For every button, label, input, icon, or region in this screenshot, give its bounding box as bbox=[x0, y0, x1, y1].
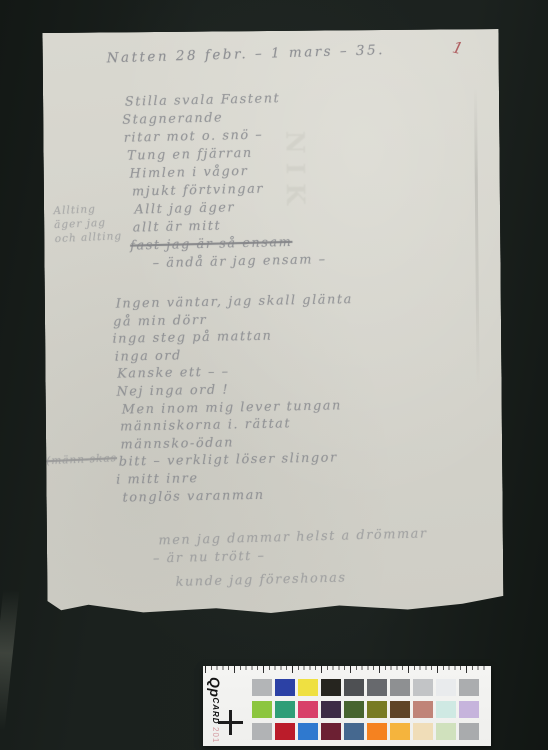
poem-stanza-3: men jag dammar helst a drömmar– är nu tr… bbox=[158, 525, 429, 592]
poem-stanza-2: Ingen väntar, jag skall gläntagå min dör… bbox=[116, 291, 357, 507]
date-heading: Natten 28 febr. – 1 mars – 35. bbox=[106, 42, 385, 66]
manuscript-page: NIK Natten 28 febr. – 1 mars – 35. 1 Sti… bbox=[42, 29, 503, 615]
color-patch bbox=[367, 701, 387, 718]
color-patch bbox=[275, 723, 295, 740]
color-patch bbox=[436, 723, 456, 740]
color-patch bbox=[436, 679, 456, 696]
color-patch bbox=[321, 723, 341, 740]
poem-stanza-1: Stilla svala FastentStagneranderitar mot… bbox=[125, 89, 327, 273]
color-patch bbox=[344, 723, 364, 740]
color-patch bbox=[252, 679, 272, 696]
color-patch bbox=[390, 679, 410, 696]
color-patch bbox=[390, 723, 410, 740]
color-patch bbox=[413, 679, 433, 696]
color-patch bbox=[344, 701, 364, 718]
poem-line: kunde jag föreshonas bbox=[175, 567, 429, 592]
page-number: 1 bbox=[451, 37, 465, 58]
color-patch bbox=[367, 723, 387, 740]
color-patch bbox=[298, 679, 318, 696]
color-patch bbox=[298, 701, 318, 718]
margin-note-2: (männ-skas bbox=[46, 451, 117, 468]
paper-crease bbox=[474, 87, 480, 387]
color-patch bbox=[367, 679, 387, 696]
color-patch bbox=[459, 701, 479, 718]
qpcard-brand: Qp bbox=[207, 677, 223, 697]
color-patch bbox=[321, 679, 341, 696]
color-patch bbox=[275, 679, 295, 696]
album-edge-highlight bbox=[0, 590, 19, 731]
poem-line: tonglös varanman bbox=[122, 485, 356, 507]
color-patch bbox=[413, 723, 433, 740]
color-patch bbox=[390, 701, 410, 718]
color-patch bbox=[252, 723, 272, 740]
margin-note-line: och allting bbox=[54, 229, 122, 246]
registration-cross-icon bbox=[218, 710, 243, 735]
poem-line: – ändå är jag ensam – bbox=[152, 251, 326, 273]
color-patch bbox=[252, 701, 272, 718]
color-patch bbox=[459, 723, 479, 740]
color-patch bbox=[344, 679, 364, 696]
qpcard-color-reference: QpCARD201 bbox=[203, 666, 491, 746]
color-patch bbox=[459, 679, 479, 696]
color-patch bbox=[275, 701, 295, 718]
color-patch bbox=[413, 701, 433, 718]
color-patch bbox=[436, 701, 456, 718]
ruler-scale bbox=[203, 666, 491, 675]
color-patch bbox=[298, 723, 318, 740]
margin-note-1: Alltingäger jagoch allting bbox=[53, 201, 122, 246]
color-patch bbox=[321, 701, 341, 718]
ruler-major-ticks bbox=[205, 666, 489, 673]
color-patch-grid bbox=[252, 679, 479, 740]
